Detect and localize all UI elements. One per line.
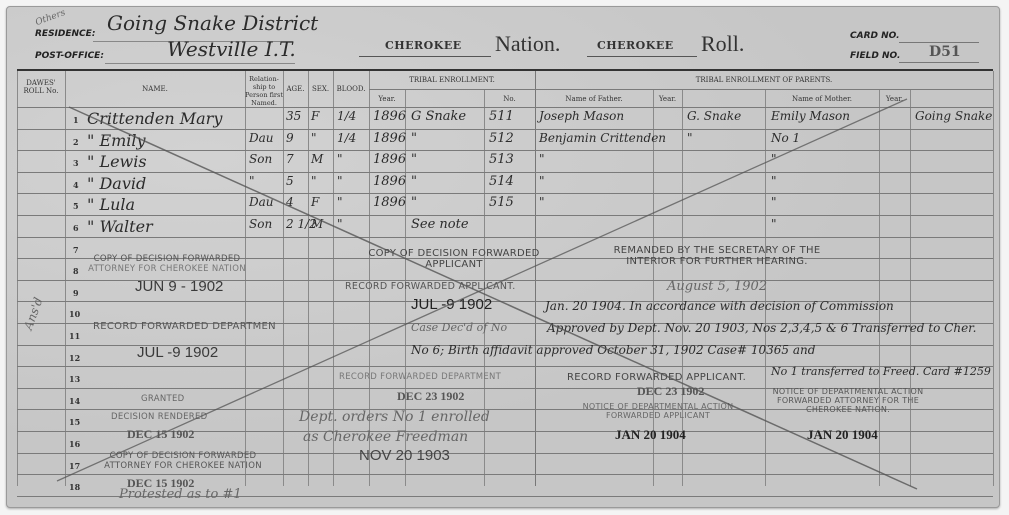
cancellation-strike-lines (7, 7, 999, 507)
enrollment-card: Others RESIDENCE: Going Snake District P… (6, 6, 1000, 508)
